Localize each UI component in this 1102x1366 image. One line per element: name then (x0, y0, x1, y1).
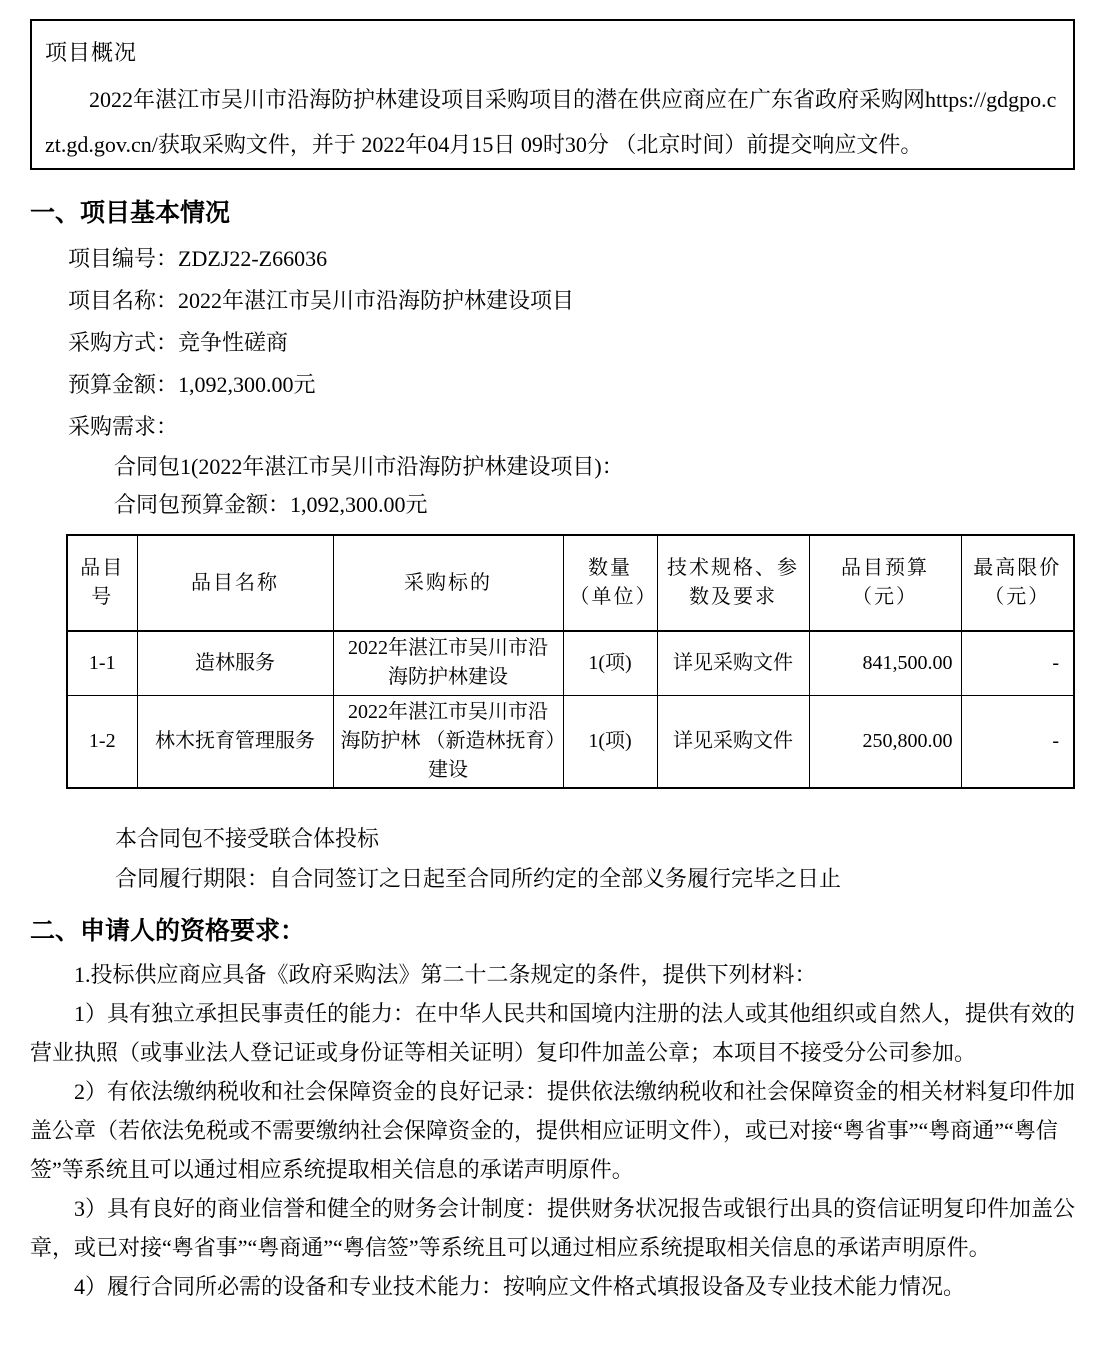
qualification-item-4: 4）履行合同所必需的设备和专业技术能力：按响应文件格式填报设备及专业技术能力情况… (30, 1267, 1075, 1306)
contract-package: 合同包1(2022年湛江市吴川市沿海防护林建设项目)： 合同包预算金额：1,09… (30, 448, 1075, 524)
field-budget-amount-value: 1,092,300.00元 (178, 372, 316, 397)
overview-title: 项目概况 (45, 41, 1063, 65)
header-procurement-subject: 采购标的 (333, 535, 563, 631)
cell-max-price: - (961, 695, 1074, 788)
qualification-paragraphs: 1.投标供应商应具备《政府采购法》第二十二条规定的条件，提供下列材料： 1）具有… (30, 955, 1075, 1306)
note-contract-term: 合同履行期限：自合同签订之日起至合同所约定的全部义务履行完毕之日止 (115, 859, 1075, 899)
cell-tech-specs: 详见采购文件 (657, 695, 809, 788)
cell-quantity: 1(项) (563, 631, 657, 695)
field-project-name: 项目名称：2022年湛江市吴川市沿海防护林建设项目 (68, 280, 1075, 322)
cell-item-name: 林木抚育管理服务 (137, 695, 333, 788)
field-procurement-method-label: 采购方式： (68, 330, 178, 355)
cell-item-number: 1-1 (67, 631, 137, 695)
contract-package-budget: 合同包预算金额：1,092,300.00元 (114, 486, 1075, 524)
cell-procurement-subject: 2022年湛江市吴川市沿海防护林 （新造林抚育）建设 (333, 695, 563, 788)
header-quantity-unit: 数量（单位） (563, 535, 657, 631)
field-procurement-method: 采购方式：竞争性磋商 (68, 322, 1075, 364)
contract-package-title: 合同包1(2022年湛江市吴川市沿海防护林建设项目)： (114, 448, 1075, 486)
qualification-item-1: 1）具有独立承担民事责任的能力：在中华人民共和国境内注册的法人或其他组织或自然人… (30, 994, 1075, 1072)
header-tech-specs: 技术规格、参数及要求 (657, 535, 809, 631)
field-procurement-method-value: 竞争性磋商 (178, 330, 288, 355)
field-project-number-value: ZDZJ22-Z66036 (178, 246, 327, 271)
procurement-items-table: 品目号 品目名称 采购标的 数量（单位） 技术规格、参数及要求 品目预算（元） … (66, 534, 1075, 789)
field-project-number-label: 项目编号： (68, 246, 178, 271)
cell-quantity: 1(项) (563, 695, 657, 788)
header-item-budget: 品目预算（元） (809, 535, 961, 631)
qualification-intro: 1.投标供应商应具备《政府采购法》第二十二条规定的条件，提供下列材料： (30, 955, 1075, 994)
table-header-row: 品目号 品目名称 采购标的 数量（单位） 技术规格、参数及要求 品目预算（元） … (67, 535, 1074, 631)
table-row: 1-2 林木抚育管理服务 2022年湛江市吴川市沿海防护林 （新造林抚育）建设 … (67, 695, 1074, 788)
section2-heading: 二、申请人的资格要求： (30, 915, 1075, 949)
field-procurement-demand-label: 采购需求： (68, 414, 178, 439)
contract-notes: 本合同包不接受联合体投标 合同履行期限：自合同签订之日起至合同所约定的全部义务履… (30, 819, 1075, 899)
field-project-number: 项目编号：ZDZJ22-Z66036 (68, 238, 1075, 280)
cell-max-price: - (961, 631, 1074, 695)
note-no-consortium: 本合同包不接受联合体投标 (115, 819, 1075, 859)
cell-item-number: 1-2 (67, 695, 137, 788)
cell-item-name: 造林服务 (137, 631, 333, 695)
header-item-name: 品目名称 (137, 535, 333, 631)
project-fields: 项目编号：ZDZJ22-Z66036 项目名称：2022年湛江市吴川市沿海防护林… (30, 238, 1075, 448)
cell-item-budget: 841,500.00 (809, 631, 961, 695)
field-budget-amount: 预算金额：1,092,300.00元 (68, 364, 1075, 406)
cell-tech-specs: 详见采购文件 (657, 631, 809, 695)
field-project-name-value: 2022年湛江市吴川市沿海防护林建设项目 (178, 288, 574, 313)
header-item-number: 品目号 (67, 535, 137, 631)
table-row: 1-1 造林服务 2022年湛江市吴川市沿海防护林建设 1(项) 详见采购文件 … (67, 631, 1074, 695)
cell-procurement-subject: 2022年湛江市吴川市沿海防护林建设 (333, 631, 563, 695)
field-procurement-demand: 采购需求： (68, 406, 1075, 448)
qualification-item-3: 3）具有良好的商业信誉和健全的财务会计制度：提供财务状况报告或银行出具的资信证明… (30, 1189, 1075, 1267)
overview-paragraph: 2022年湛江市吴川市沿海防护林建设项目采购项目的潜在供应商应在广东省政府采购网… (45, 77, 1063, 167)
document-page: 项目概况 2022年湛江市吴川市沿海防护林建设项目采购项目的潜在供应商应在广东省… (0, 0, 1102, 1306)
field-budget-amount-label: 预算金额： (68, 372, 178, 397)
header-max-price: 最高限价（元） (961, 535, 1074, 631)
section1-heading: 一、项目基本情况 (30, 198, 1075, 230)
qualification-item-2: 2）有依法缴纳税收和社会保障资金的良好记录：提供依法缴纳税收和社会保障资金的相关… (30, 1072, 1075, 1189)
cell-item-budget: 250,800.00 (809, 695, 961, 788)
project-overview-box: 项目概况 2022年湛江市吴川市沿海防护林建设项目采购项目的潜在供应商应在广东省… (30, 19, 1075, 170)
field-project-name-label: 项目名称： (68, 288, 178, 313)
